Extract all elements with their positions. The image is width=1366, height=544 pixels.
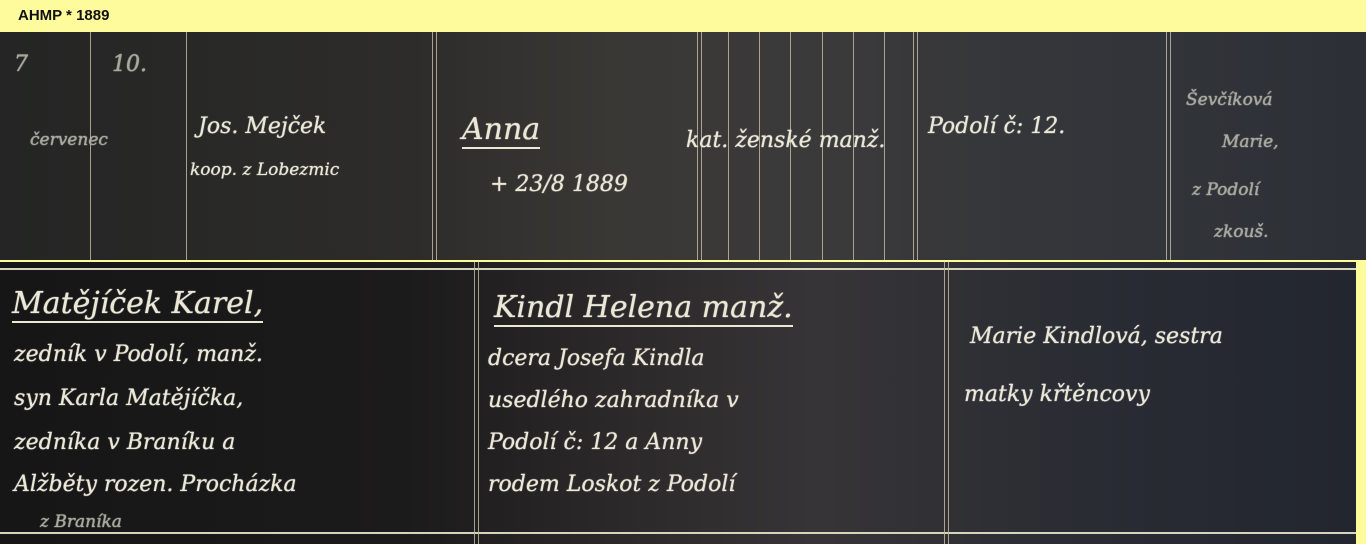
column-divider xyxy=(432,32,433,260)
header-bar: AHMP * 1889 xyxy=(0,0,1366,32)
priest-line-2: koop. z Lobezmic xyxy=(190,160,339,180)
day: 10. xyxy=(112,52,147,77)
midwife-line-4: zkouš. xyxy=(1214,222,1269,242)
house-number: Podolí č: 12. xyxy=(928,114,1065,139)
religion-sex-legitimacy: kat. ženské manž. xyxy=(686,128,885,153)
godparent-line-2: matky křtěncovy xyxy=(964,382,1150,407)
child-name: Anna xyxy=(462,112,540,149)
column-divider xyxy=(913,32,914,260)
father-line-4: zedníka v Braníku a xyxy=(14,430,235,455)
priest-line-1: Jos. Mejček xyxy=(198,114,326,139)
mother-line-2: dcera Josefa Kindla xyxy=(488,346,705,371)
register-strip-bottom: Matějíček Karel, zedník v Podolí, manž. … xyxy=(0,262,1356,544)
page-title: AHMP * 1889 xyxy=(18,7,109,24)
mother-line-3: usedlého zahradníka v xyxy=(488,388,739,413)
father-name: Matějíček Karel, xyxy=(12,286,263,323)
row-divider xyxy=(0,268,1356,270)
month-name: červenec xyxy=(30,130,108,150)
mother-name: Kindl Helena manž. xyxy=(494,290,793,327)
column-divider xyxy=(186,32,187,260)
register-strip-top: 7 10. červenec Jos. Mejček koop. z Lobez… xyxy=(0,32,1366,260)
father-line-5: Alžběty rozen. Procházka xyxy=(14,472,297,497)
column-divider xyxy=(474,262,475,544)
row-divider xyxy=(0,532,1356,534)
midwife-line-2: Marie, xyxy=(1222,132,1279,152)
column-divider xyxy=(944,262,945,544)
father-line-2: zedník v Podolí, manž. xyxy=(14,342,263,367)
month-number: 7 xyxy=(14,52,28,77)
midwife-line-1: Ševčíková xyxy=(1186,90,1273,110)
father-line-3: syn Karla Matějíčka, xyxy=(14,386,243,411)
column-divider xyxy=(1166,32,1167,260)
godparent-line-1: Marie Kindlová, sestra xyxy=(970,324,1223,349)
mother-line-4: Podolí č: 12 a Anny xyxy=(488,430,702,455)
mother-line-5: rodem Loskot z Podolí xyxy=(488,472,735,497)
death-note: + 23/8 1889 xyxy=(490,172,628,197)
midwife-line-3: z Podolí xyxy=(1192,180,1259,200)
father-line-6: z Braníka xyxy=(40,512,122,532)
